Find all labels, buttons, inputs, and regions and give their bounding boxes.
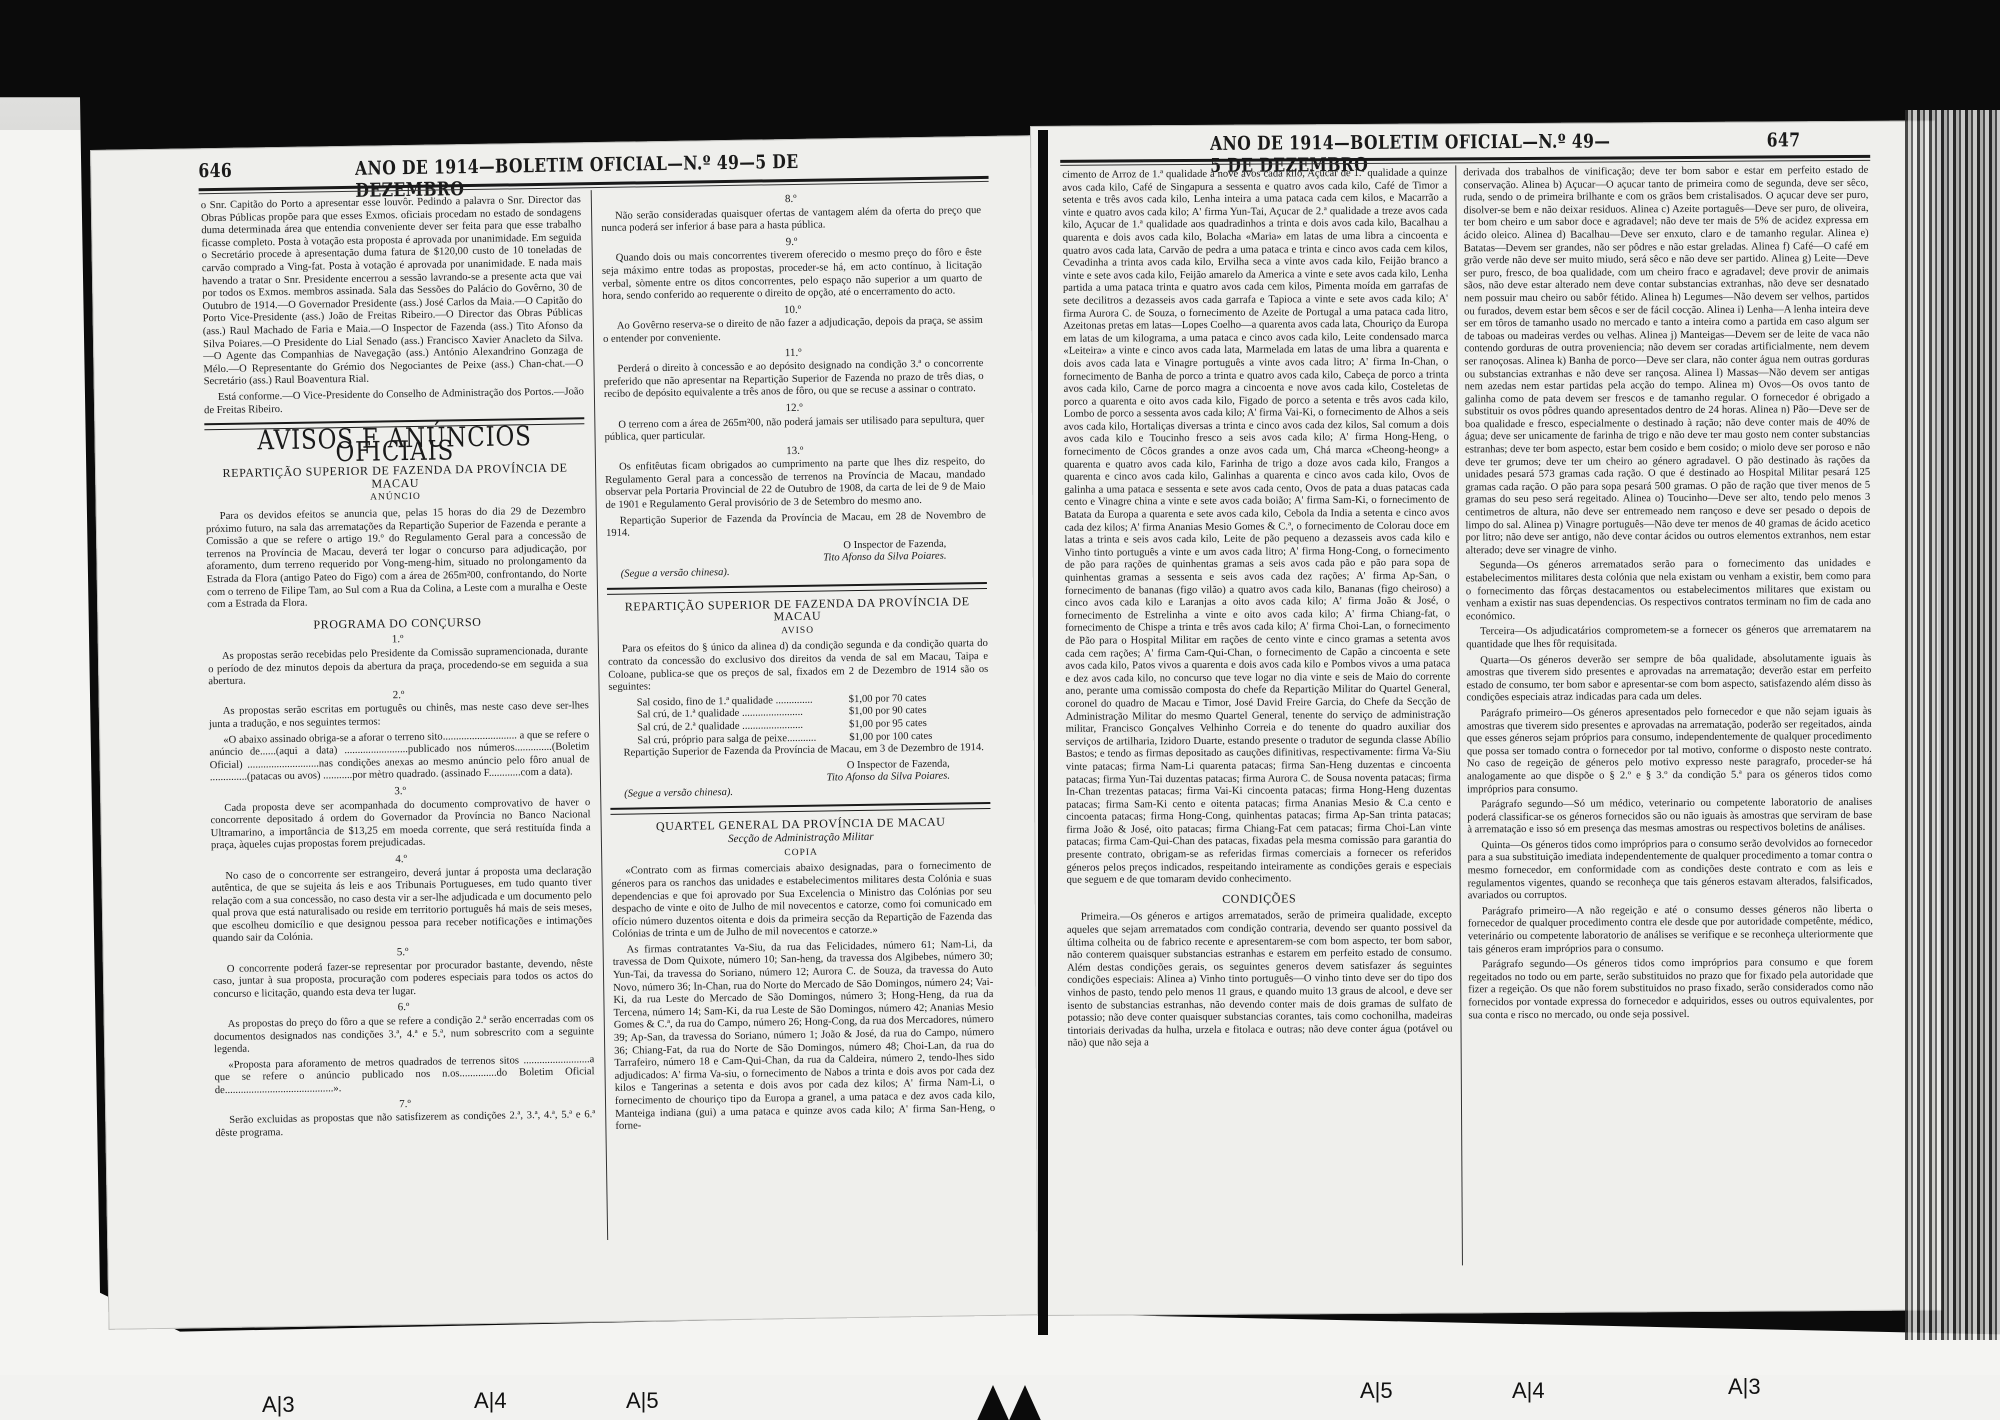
- left-column-1: o Snr. Capitão do Porto a apresentar ess…: [201, 194, 596, 1143]
- form-text: «Proposta para aforamento de metros quad…: [214, 1054, 595, 1098]
- page-647: ANO DE 1914—BOLETIM OFICIAL—N.º 49—5 DE …: [1030, 120, 1942, 1316]
- condicao-segunda: Segunda—Os géneros arrematados serão par…: [1466, 558, 1871, 623]
- acta-text: o Snr. Capitão do Porto a apresentar ess…: [201, 194, 584, 389]
- firms-continued-text: cimento de Arroz de 1.ª qualidade a nove…: [1062, 167, 1451, 887]
- anuncio-text: Para os devidos efeitos se anuncia que, …: [206, 505, 588, 612]
- section-rule: [610, 801, 990, 814]
- item-text: As propostas serão escritas em português…: [209, 701, 589, 732]
- triangle-marker-icon: [975, 1385, 1011, 1420]
- alineas-text: derivada dos trabalhos de vinificação; d…: [1463, 165, 1870, 558]
- film-marker: A|4: [474, 1388, 507, 1414]
- condicao-quinta: Quinta—Os géneros tidos como impróprios …: [1467, 838, 1872, 903]
- left-column-2: 8.º Não serão consideradas quaisquer ofe…: [601, 188, 996, 1137]
- quarta-paragrafo-primeiro: Parágrafo primeiro—Os géneros apresentad…: [1467, 706, 1873, 797]
- quinta-paragrafo-segundo: Parágrafo segundo—Os géneros tidos como …: [1468, 957, 1873, 1022]
- right-column-1: cimento de Arroz de 1.ª qualidade a nove…: [1062, 167, 1452, 1053]
- film-marker: A|3: [262, 1392, 295, 1418]
- item-text: Os enfitêutas ficam obrigados ao cumprim…: [605, 456, 986, 512]
- page-stack-edge: [1905, 110, 2000, 1340]
- item-text: No caso de o concorrente ser estrangeiro…: [211, 865, 592, 947]
- page-number: 647: [1767, 129, 1801, 151]
- item-text: As propostas serão recebidas pelo Presid…: [208, 645, 589, 689]
- aviso-text: Para os efeitos do § único da alinea d) …: [608, 638, 989, 694]
- column-divider: [1455, 165, 1463, 1265]
- signer-title: O Inspector de Fazenda,: [843, 538, 946, 551]
- film-marker: A|4: [1512, 1378, 1545, 1404]
- item-text: Cada proposta deve ser acompanhada do do…: [210, 797, 591, 853]
- signer-title: O Inspector de Fazenda,: [847, 758, 950, 771]
- item-text: O terreno com a área de 265m²00, não pod…: [604, 413, 984, 444]
- condicao-terceira: Terceira—Os adjudicatários comprometem-s…: [1466, 624, 1871, 652]
- page-646: 646 ANO DE 1914—BOLETIM OFICIAL—N.º 49—5…: [90, 135, 1063, 1330]
- salt-price-table: Sal cosido, fino de 1.ª qualidade ......…: [609, 692, 990, 748]
- quarta-paragrafo-segundo: Parágrafo segundo—Só um médico, veterina…: [1467, 797, 1872, 837]
- film-marker: A|5: [1360, 1378, 1393, 1404]
- item-text: As propostas do preço do fôro a que se r…: [214, 1013, 595, 1057]
- firms-text: As firmas contratantes Va-Siu, da rua da…: [613, 939, 996, 1134]
- form-text: «O abaixo assinado obriga-se a aforar o …: [209, 729, 590, 785]
- section-rule: [607, 582, 987, 595]
- condicao-primeira: Primeira.—Os géneros e artigos arrematad…: [1067, 910, 1453, 1051]
- condicao-quarta: Quarta—Os géneros deverão ser sempre de …: [1466, 652, 1871, 705]
- right-column-2: derivada dos trabalhos de vinificação; d…: [1463, 165, 1873, 1026]
- page-gutter: [1038, 130, 1048, 1335]
- item-text: Perderá o direito à concessão e ao depós…: [603, 358, 984, 402]
- item-text: O concorrente poderá fazer-se representa…: [213, 958, 594, 1002]
- film-marker: A|5: [626, 1388, 659, 1414]
- triangle-marker-icon: [1007, 1385, 1043, 1420]
- section-title: AVISOS E ANÚNCIOS OFICIAIS: [233, 431, 556, 461]
- aviso-title: REPARTIÇÃO SUPERIOR DE FAZENDA DA PROVÍN…: [607, 595, 987, 626]
- item-text: Ao Govêrno reserva-se o direito de não f…: [603, 315, 983, 346]
- item-text: Não serão consideradas quaisquer ofertas…: [601, 205, 981, 236]
- conforme-text: Está conforme.—O Vice-Presidente do Cons…: [204, 386, 584, 417]
- programa-title: PROGRAMA DO CONÇURSO: [207, 614, 587, 633]
- quinta-paragrafo-primeiro: Parágrafo primeiro—A não regeição e até …: [1468, 904, 1873, 957]
- film-marker: A|3: [1728, 1374, 1761, 1400]
- item-text: Quando dois ou mais concorrentes tiverem…: [602, 247, 983, 303]
- contract-intro: «Contrato com as firmas comerciais abaix…: [611, 860, 992, 942]
- item-text: Serão excluidas as propostas que não sat…: [215, 1109, 595, 1140]
- condicoes-title: CONDIÇÕES: [1067, 891, 1452, 906]
- closing-text: Repartição Superior de Fazenda da Provín…: [606, 510, 986, 541]
- page-number: 646: [198, 160, 232, 183]
